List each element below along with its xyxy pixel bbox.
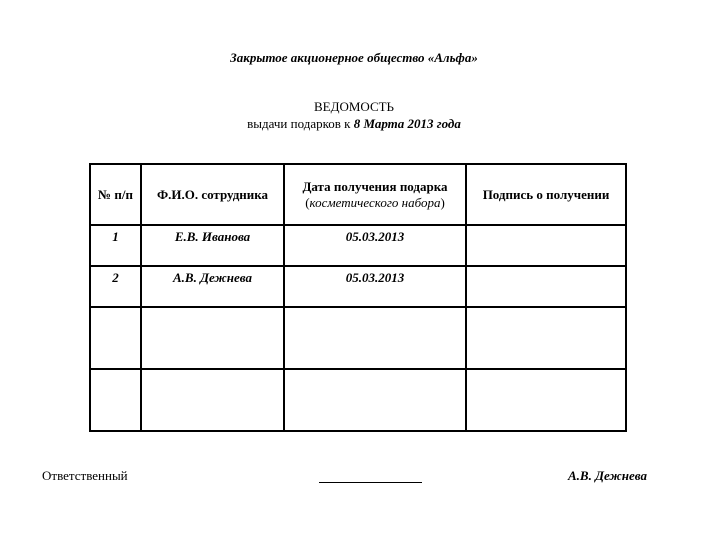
subtitle-date: 8 Марта 2013 года bbox=[354, 116, 461, 131]
table-row bbox=[90, 307, 626, 369]
cell-date: 05.03.2013 bbox=[284, 266, 466, 307]
table-row bbox=[90, 369, 626, 431]
cell-number bbox=[90, 369, 141, 431]
company-name: Закрытое акционерное общество «Альфа» bbox=[0, 50, 708, 66]
header-signature: Подпись о получении bbox=[466, 164, 626, 225]
cell-signature bbox=[466, 266, 626, 307]
subtitle-prefix: выдачи подарков к bbox=[247, 116, 354, 131]
cell-signature bbox=[466, 225, 626, 266]
cell-date bbox=[284, 307, 466, 369]
cell-number: 1 bbox=[90, 225, 141, 266]
responsible-name: А.В. Дежнева bbox=[568, 468, 647, 484]
cell-date: 05.03.2013 bbox=[284, 225, 466, 266]
table-header-row: № п/п Ф.И.О. сотрудника Дата получения п… bbox=[90, 164, 626, 225]
paren-close: ) bbox=[440, 195, 444, 210]
header-date-line1: Дата получения подарка bbox=[302, 179, 447, 194]
cell-name: Е.В. Иванова bbox=[141, 225, 284, 266]
header-date: Дата получения подарка (косметического н… bbox=[284, 164, 466, 225]
responsible-label: Ответственный bbox=[42, 468, 128, 484]
cell-name bbox=[141, 369, 284, 431]
cell-date bbox=[284, 369, 466, 431]
table-row: 2 А.В. Дежнева 05.03.2013 bbox=[90, 266, 626, 307]
cell-signature bbox=[466, 369, 626, 431]
cell-name: А.В. Дежнева bbox=[141, 266, 284, 307]
cell-name bbox=[141, 307, 284, 369]
header-number: № п/п bbox=[90, 164, 141, 225]
cell-signature bbox=[466, 307, 626, 369]
header-name: Ф.И.О. сотрудника bbox=[141, 164, 284, 225]
document-title: ВЕДОМОСТЬ bbox=[0, 99, 708, 115]
cell-number: 2 bbox=[90, 266, 141, 307]
gift-issue-table: № п/п Ф.И.О. сотрудника Дата получения п… bbox=[89, 163, 627, 432]
header-date-line2: косметического набора bbox=[310, 195, 441, 210]
document-subtitle: выдачи подарков к 8 Марта 2013 года bbox=[0, 116, 708, 132]
signature-line bbox=[319, 482, 422, 483]
cell-number bbox=[90, 307, 141, 369]
table-row: 1 Е.В. Иванова 05.03.2013 bbox=[90, 225, 626, 266]
